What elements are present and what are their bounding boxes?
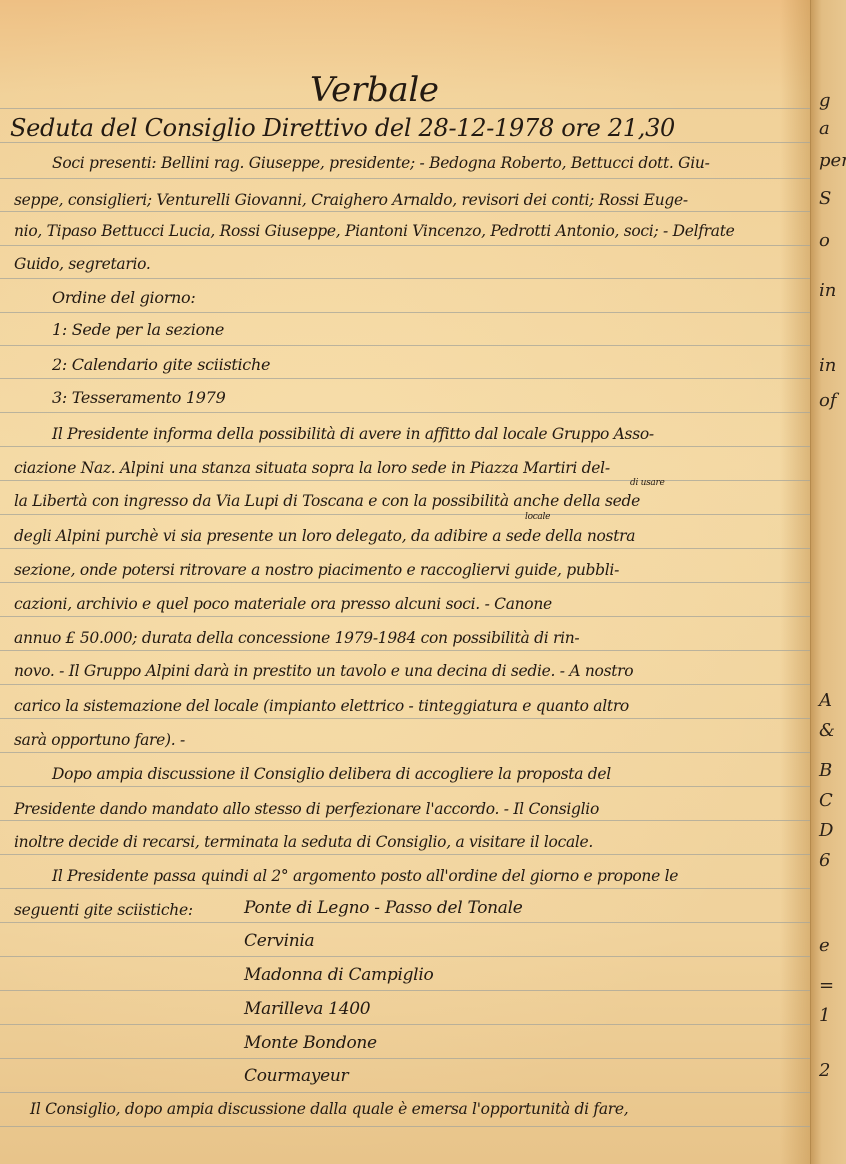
text-line: seppe, consiglieri; Venturelli Giovanni,… — [14, 191, 688, 209]
facing-page-fragment: g — [819, 90, 831, 111]
agenda-item: 1: Sede per la sezione — [52, 320, 224, 339]
ruled-line — [0, 956, 846, 957]
text-line: Il Presidente informa della possibilità … — [52, 425, 654, 443]
text-line: sezione, onde potersi ritrovare a nostro… — [14, 561, 619, 579]
ruled-line — [0, 990, 846, 991]
ruled-line — [0, 245, 846, 246]
text-line: Guido, segretario. — [14, 255, 150, 273]
ruled-line — [0, 278, 846, 279]
text-line: Dopo ampia discussione il Consiglio deli… — [52, 765, 611, 783]
ruled-line — [0, 718, 846, 719]
facing-page-fragment: 2 — [819, 1060, 830, 1081]
ski-trip-item: Marilleva 1400 — [244, 999, 370, 1019]
facing-page-fragment: = — [819, 975, 834, 996]
agenda-item: 3: Tesseramento 1979 — [52, 388, 225, 407]
text-line: carico la sistemazione del locale (impia… — [14, 697, 629, 715]
ruled-line — [0, 616, 846, 617]
ruled-line — [0, 1058, 846, 1059]
ruled-line — [0, 312, 846, 313]
ruled-line — [0, 1126, 846, 1127]
ruled-line — [0, 650, 846, 651]
facing-page-fragment: o — [819, 230, 830, 251]
text-line: degli Alpini purchè vi sia presente un l… — [14, 527, 635, 545]
text-line: Soci presenti: Bellini rag. Giuseppe, pr… — [52, 154, 710, 172]
text-line: Il Presidente passa quindi al 2° argomen… — [52, 867, 678, 885]
ski-trip-item: Cervinia — [244, 931, 314, 951]
text-line: inoltre decide di recarsi, terminata la … — [14, 833, 593, 851]
ruled-line — [0, 178, 846, 179]
ruled-line — [0, 684, 846, 685]
ruled-line — [0, 412, 846, 413]
facing-page-fragment: C — [819, 790, 833, 811]
ruled-line — [0, 480, 846, 481]
facing-page-fragment: S — [819, 188, 831, 209]
facing-page-fragment: & — [819, 720, 835, 741]
facing-page-fragment: per — [819, 150, 846, 171]
facing-page-fragment: A — [819, 690, 832, 711]
text-line: la Libertà con ingresso da Via Lupi di T… — [14, 492, 640, 510]
ski-trip-item: Monte Bondone — [244, 1033, 377, 1053]
facing-page-fragment: in — [819, 355, 836, 376]
ruled-lines — [0, 0, 846, 1164]
ruled-line — [0, 378, 846, 379]
text-line: sarà opportuno fare). - — [14, 731, 185, 749]
ski-trip-item: Ponte di Legno - Passo del Tonale — [244, 898, 523, 918]
ruled-line — [0, 922, 846, 923]
text-line: ciazione Naz. Alpini una stanza situata … — [14, 459, 610, 477]
text-line: Presidente dando mandato allo stesso di … — [14, 800, 599, 818]
facing-page-fragment: in — [819, 280, 836, 301]
facing-page-fragment: of — [819, 390, 837, 411]
ruled-line — [0, 820, 846, 821]
ruled-line — [0, 582, 846, 583]
text-line: seguenti gite sciistiche: — [14, 901, 193, 919]
ruled-line — [0, 514, 846, 515]
facing-page-fragment: B — [819, 760, 832, 781]
interlinear-insertion: locale — [525, 512, 550, 522]
facing-page-fragment: e — [819, 935, 830, 956]
interlinear-insertion: di usare — [630, 478, 665, 488]
text-line: novo. - Il Gruppo Alpini darà in prestit… — [14, 662, 633, 680]
ski-trip-item: Courmayeur — [244, 1066, 348, 1086]
ruled-line — [0, 142, 846, 143]
text-line: nio, Tipaso Bettucci Lucia, Rossi Giusep… — [14, 222, 735, 240]
text-line: cazioni, archivio e quel poco materiale … — [14, 595, 552, 613]
ruled-line — [0, 1024, 846, 1025]
ruled-line — [0, 1092, 846, 1093]
agenda-item: 2: Calendario gite sciistiche — [52, 355, 270, 374]
document-title: Verbale — [310, 70, 439, 110]
ski-trip-item: Madonna di Campiglio — [244, 965, 433, 985]
facing-page-fragment: 1 — [819, 1005, 830, 1026]
ruled-line — [0, 786, 846, 787]
closing-line: Il Consiglio, dopo ampia discussione dal… — [30, 1100, 628, 1118]
ruled-line — [0, 752, 846, 753]
facing-page-fragment: 6 — [819, 850, 830, 871]
ruled-line — [0, 548, 846, 549]
facing-page-edge: gaperSoininofA&BCD6e=12 — [810, 0, 846, 1164]
facing-page-fragment: a — [819, 118, 830, 139]
ruled-line — [0, 446, 846, 447]
ruled-line — [0, 854, 846, 855]
ruled-line — [0, 211, 846, 212]
ruled-line — [0, 345, 846, 346]
text-line: annuo £ 50.000; durata della concessione… — [14, 629, 579, 647]
meeting-heading: Seduta del Consiglio Direttivo del 28-12… — [10, 114, 675, 142]
facing-page-fragment: D — [819, 820, 833, 841]
ruled-line — [0, 888, 846, 889]
agenda-heading: Ordine del giorno: — [52, 288, 195, 307]
